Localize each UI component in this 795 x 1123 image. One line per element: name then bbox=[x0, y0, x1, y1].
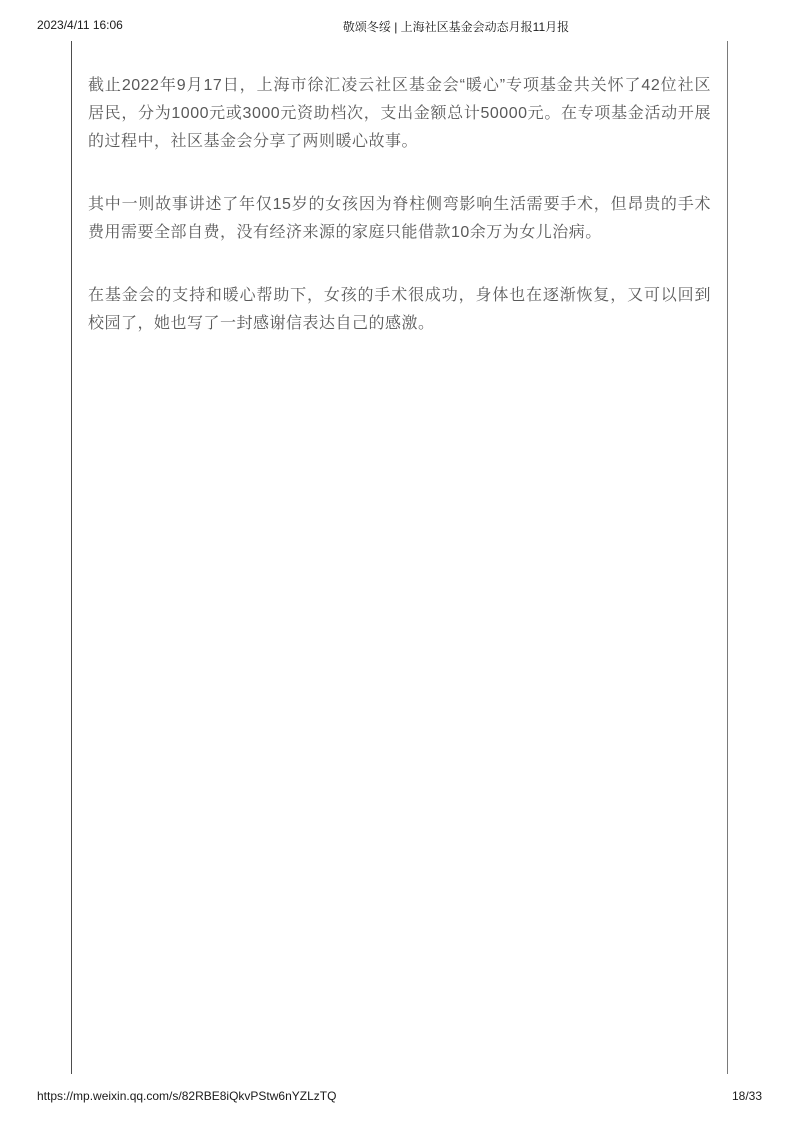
article-paragraph-2: 其中一则故事讲述了年仅15岁的女孩因为脊柱侧弯影响生活需要手术，但昂贵的手术费用… bbox=[88, 191, 711, 247]
article-paragraph-3: 在基金会的支持和暖心帮助下，女孩的手术很成功，身体也在逐渐恢复，又可以回到校园了… bbox=[88, 282, 711, 338]
printed-article-page: 2023/4/11 16:06 敬颂冬绥 | 上海社区基金会动态月报11月报 截… bbox=[0, 0, 795, 1123]
print-source-url: https://mp.weixin.qq.com/s/82RBE8iQkvPSt… bbox=[37, 1089, 336, 1103]
print-timestamp: 2023/4/11 16:06 bbox=[37, 18, 123, 32]
print-document-title: 敬颂冬绥 | 上海社区基金会动态月报11月报 bbox=[343, 18, 569, 35]
print-page-number: 18/33 bbox=[732, 1089, 762, 1103]
article-content-frame: 截止2022年9月17日，上海市徐汇凌云社区基金会“暖心”专项基金共关怀了42位… bbox=[71, 41, 728, 1074]
article-paragraph-1: 截止2022年9月17日，上海市徐汇凌云社区基金会“暖心”专项基金共关怀了42位… bbox=[88, 72, 711, 156]
